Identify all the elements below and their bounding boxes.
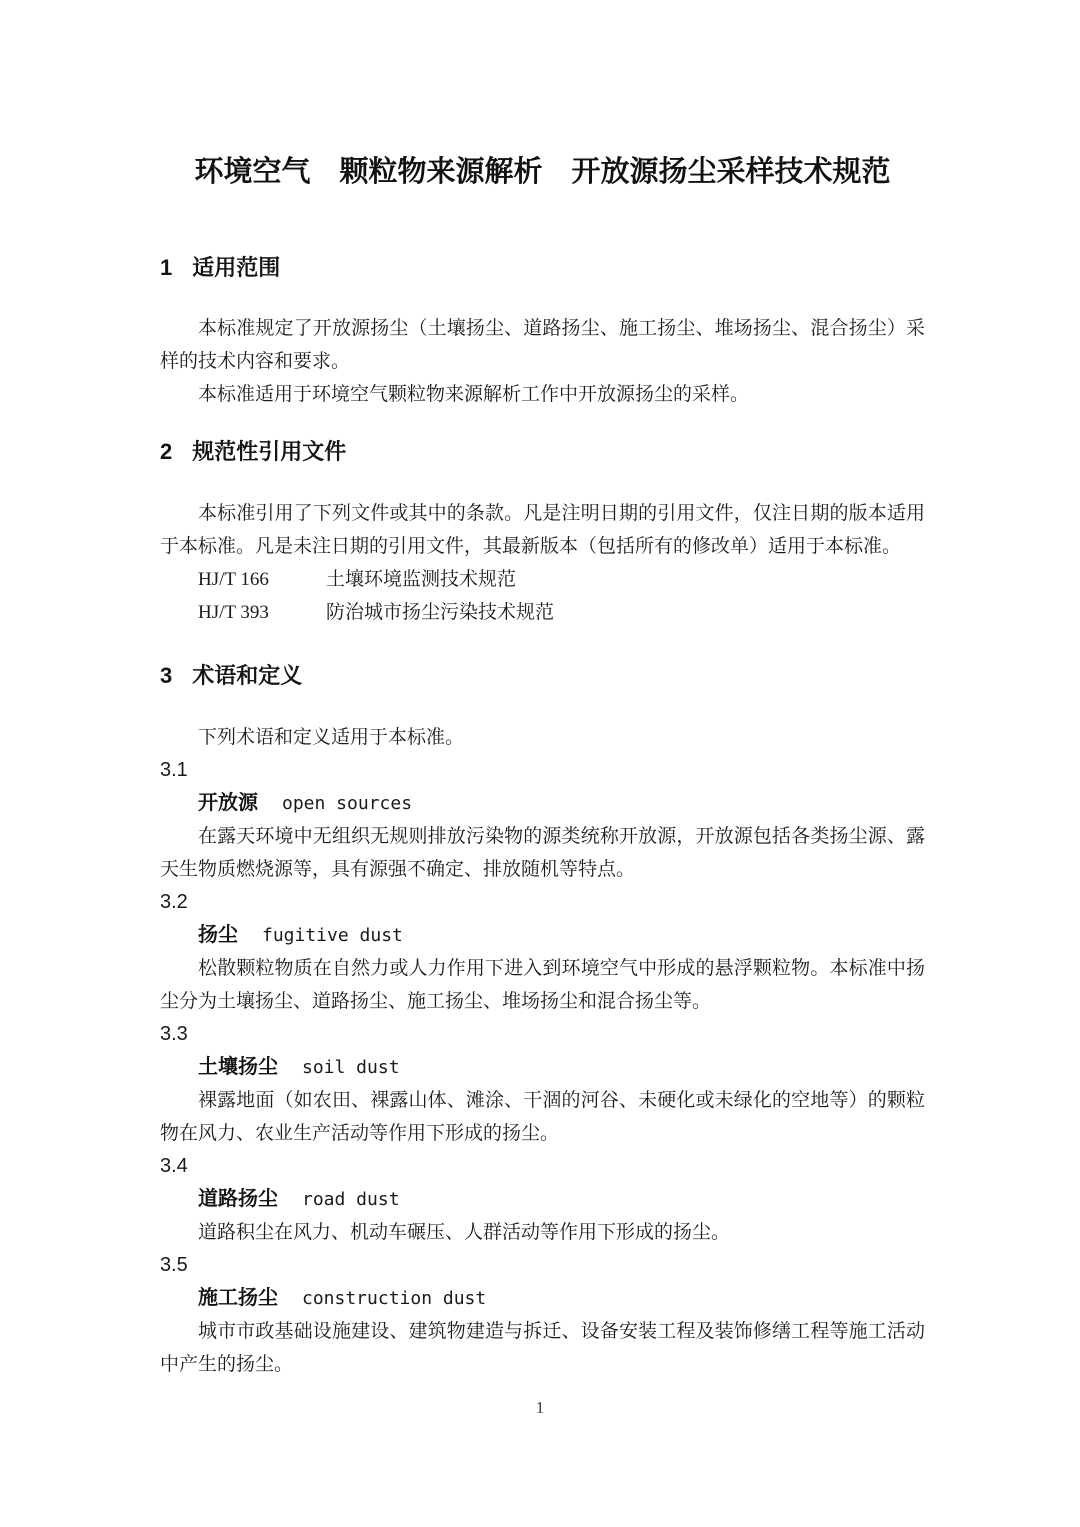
reference-row: HJ/T 166土壤环境监测技术规范 (160, 563, 925, 596)
term-name-en: road dust (302, 1189, 400, 1210)
scope-paragraph-1: 本标准规定了开放源扬尘（土壤扬尘、道路扬尘、施工扬尘、堆场扬尘、混合扬尘）采样的… (160, 312, 925, 378)
term-heading: 土壤扬尘soil dust (160, 1051, 925, 1084)
document-title: 环境空气 颗粒物来源解析 开放源扬尘采样技术规范 (160, 150, 925, 194)
term-name-zh: 扬尘 (198, 924, 238, 946)
terms-intro: 下列术语和定义适用于本标准。 (160, 721, 925, 754)
term-name-zh: 土壤扬尘 (198, 1056, 278, 1078)
page-number: 1 (0, 1396, 1080, 1420)
section-heading-label: 规范性引用文件 (192, 439, 346, 464)
reference-list: HJ/T 166土壤环境监测技术规范 HJ/T 393防治城市扬尘污染技术规范 (160, 563, 925, 629)
term-definition: 松散颗粒物质在自然力或人力作用下进入到环境空气中形成的悬浮颗粒物。本标准中扬尘分… (160, 952, 925, 1018)
term-name-en: open sources (282, 793, 412, 814)
reference-title: 防治城市扬尘污染技术规范 (326, 602, 554, 623)
term-number: 3.5 (160, 1249, 925, 1282)
term-block: 3.3 土壤扬尘soil dust 裸露地面（如农田、裸露山体、滩涂、干涸的河谷… (160, 1018, 925, 1150)
reference-title: 土壤环境监测技术规范 (326, 569, 516, 590)
term-definition: 道路积尘在风力、机动车碾压、人群活动等作用下形成的扬尘。 (160, 1216, 925, 1249)
term-heading: 开放源open sources (160, 787, 925, 820)
term-number: 3.3 (160, 1018, 925, 1051)
document-page: 环境空气 颗粒物来源解析 开放源扬尘采样技术规范 1适用范围 本标准规定了开放源… (0, 0, 1080, 1527)
term-number: 3.4 (160, 1150, 925, 1183)
term-name-en: fugitive dust (262, 925, 403, 946)
scope-paragraph-2: 本标准适用于环境空气颗粒物来源解析工作中开放源扬尘的采样。 (160, 378, 925, 411)
term-heading: 施工扬尘construction dust (160, 1282, 925, 1315)
term-block: 3.1 开放源open sources 在露天环境中无组织无规则排放污染物的源类… (160, 754, 925, 886)
reference-code: HJ/T 393 (198, 596, 326, 629)
term-name-en: soil dust (302, 1057, 400, 1078)
term-heading: 道路扬尘road dust (160, 1183, 925, 1216)
term-definition: 在露天环境中无组织无规则排放污染物的源类统称开放源，开放源包括各类扬尘源、露天生… (160, 820, 925, 886)
term-name-zh: 施工扬尘 (198, 1287, 278, 1309)
term-heading: 扬尘fugitive dust (160, 919, 925, 952)
section-number: 1 (160, 254, 172, 282)
reference-code: HJ/T 166 (198, 563, 326, 596)
section-heading-normative-references: 2规范性引用文件 (160, 438, 925, 466)
section-heading-label: 适用范围 (192, 255, 280, 280)
section-number: 2 (160, 438, 172, 466)
references-paragraph: 本标准引用了下列文件或其中的条款。凡是注明日期的引用文件，仅注日期的版本适用于本… (160, 497, 925, 563)
term-name-zh: 开放源 (198, 792, 258, 814)
term-number: 3.1 (160, 754, 925, 787)
term-number: 3.2 (160, 886, 925, 919)
section-number: 3 (160, 662, 172, 690)
term-block: 3.4 道路扬尘road dust 道路积尘在风力、机动车碾压、人群活动等作用下… (160, 1150, 925, 1249)
section-heading-scope: 1适用范围 (160, 254, 925, 282)
term-definition: 城市市政基础设施建设、建筑物建造与拆迁、设备安装工程及装饰修缮工程等施工活动中产… (160, 1315, 925, 1381)
term-block: 3.2 扬尘fugitive dust 松散颗粒物质在自然力或人力作用下进入到环… (160, 886, 925, 1018)
term-name-en: construction dust (302, 1288, 486, 1309)
section-heading-label: 术语和定义 (192, 663, 302, 688)
section-heading-terms-definitions: 3术语和定义 (160, 662, 925, 690)
term-block: 3.5 施工扬尘construction dust 城市市政基础设施建设、建筑物… (160, 1249, 925, 1381)
term-name-zh: 道路扬尘 (198, 1188, 278, 1210)
reference-row: HJ/T 393防治城市扬尘污染技术规范 (160, 596, 925, 629)
term-definition: 裸露地面（如农田、裸露山体、滩涂、干涸的河谷、未硬化或未绿化的空地等）的颗粒物在… (160, 1084, 925, 1150)
